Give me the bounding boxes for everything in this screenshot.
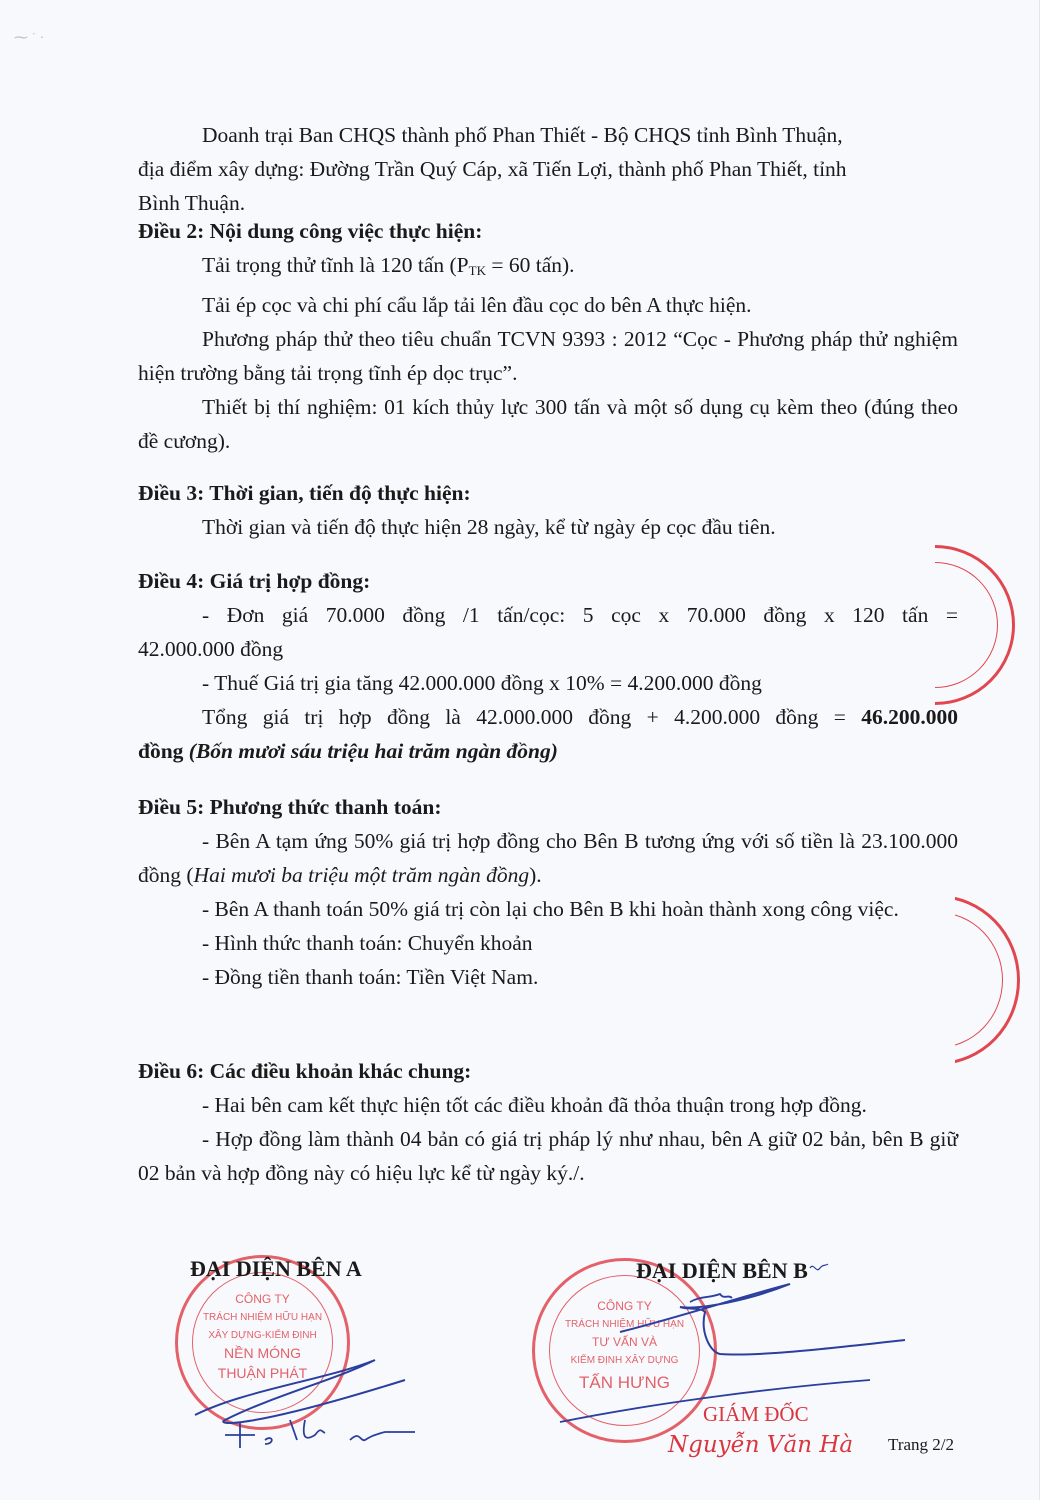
advance-words: Hai mươi ba triệu một trăm ngàn đồng — [194, 863, 530, 887]
scan-artifact: ⁓ ˙ · — [14, 30, 44, 47]
party-b-name: Nguyễn Văn Hà — [668, 1432, 853, 1458]
article-4-total: Tổng giá trị hợp đồng là 42.000.000 đồng… — [138, 700, 958, 734]
article-5-form: - Hình thức thanh toán: Chuyển khoản — [138, 926, 958, 960]
party-a-stamp-line-2: TRÁCH NHIỆM HỮU HẠN — [178, 1310, 347, 1325]
article-5-remaining: - Bên A thanh toán 50% giá trị còn lại c… — [138, 892, 958, 926]
article-2-load: Tải trọng thử tĩnh là 120 tấn (PTK = 60 … — [138, 248, 958, 288]
article-5-currency: - Đồng tiền thanh toán: Tiền Việt Nam. — [138, 960, 958, 994]
article-3-heading: Điều 3: Thời gian, tiến độ thực hiện: — [138, 476, 958, 510]
scan-edge — [1039, 0, 1060, 1500]
article-3: Điều 3: Thời gian, tiến độ thực hiện: Th… — [138, 476, 958, 544]
article-5: Điều 5: Phương thức thanh toán: - Bên A … — [138, 790, 958, 994]
party-a-signature-icon — [185, 1340, 425, 1450]
page-number: Trang 2/2 — [888, 1435, 954, 1455]
party-a-title: ĐẠI DIỆN BÊN A — [190, 1256, 362, 1282]
article-2-heading: Điều 2: Nội dung công việc thực hiện: — [138, 214, 958, 248]
intro-line-1: Doanh trại Ban CHQS thành phố Phan Thiết… — [138, 118, 958, 152]
party-b-position: GIÁM ĐỐC — [703, 1402, 809, 1427]
article-4-unit-price: - Đơn giá 70.000 đồng /1 tấn/cọc: 5 cọc … — [138, 598, 958, 632]
seal-ring-icon — [935, 545, 1015, 705]
article-4-unit-price-result: 42.000.000 đồng — [138, 632, 958, 666]
article-5-heading: Điều 5: Phương thức thanh toán: — [138, 790, 958, 824]
article-5-advance: - Bên A tạm ứng 50% giá trị hợp đồng cho… — [138, 824, 958, 892]
margin-seal-2 — [955, 895, 1025, 1075]
article-6-commit: - Hai bên cam kết thực hiện tốt các điều… — [138, 1088, 958, 1122]
load-text: Tải trọng thử tĩnh là 120 tấn (P — [202, 253, 469, 277]
article-2-method: Phương pháp thử theo tiêu chuẩn TCVN 939… — [138, 322, 958, 390]
article-3-text: Thời gian và tiến độ thực hiện 28 ngày, … — [138, 510, 958, 544]
document-page: ⁓ ˙ · Doanh trại Ban CHQS thành phố Phan… — [0, 0, 1040, 1500]
article-2-equipment: Thiết bị thí nghiệm: 01 kích thủy lực 30… — [138, 390, 958, 458]
seal-ring-icon — [955, 895, 1020, 1065]
article-4: Điều 4: Giá trị hợp đồng: - Đơn giá 70.0… — [138, 564, 958, 768]
article-2-press: Tải ép cọc và chi phí cẩu lắp tải lên đầ… — [138, 288, 958, 322]
party-b-title: ĐẠI DIỆN BÊN B — [636, 1258, 808, 1284]
intro-line-2: địa điểm xây dựng: Đường Trần Quý Cáp, x… — [138, 152, 958, 186]
total-unit: đồng — [138, 739, 189, 763]
load-suffix: = 60 tấn). — [486, 253, 575, 277]
advance-suffix: ). — [529, 863, 542, 887]
margin-seal-1 — [935, 545, 1025, 715]
article-4-total-words: đồng (Bốn mươi sáu triệu hai trăm ngàn đ… — [138, 734, 958, 768]
article-2: Điều 2: Nội dung công việc thực hiện: Tả… — [138, 214, 958, 458]
article-4-heading: Điều 4: Giá trị hợp đồng: — [138, 564, 958, 598]
intro-paragraph: Doanh trại Ban CHQS thành phố Phan Thiết… — [138, 118, 958, 220]
article-4-vat: - Thuế Giá trị gia tăng 42.000.000 đồng … — [138, 666, 958, 700]
party-a-stamp-line-1: CÔNG TY — [178, 1292, 347, 1307]
total-words: (Bốn mươi sáu triệu hai trăm ngàn đồng) — [189, 739, 558, 763]
load-subscript: TK — [469, 263, 486, 278]
article-6: Điều 6: Các điều khoản khác chung: - Hai… — [138, 1054, 958, 1190]
total-text: Tổng giá trị hợp đồng là 42.000.000 đồng… — [202, 705, 861, 729]
article-6-copies: - Hợp đồng làm thành 04 bản có giá trị p… — [138, 1122, 958, 1190]
article-6-heading: Điều 6: Các điều khoản khác chung: — [138, 1054, 958, 1088]
